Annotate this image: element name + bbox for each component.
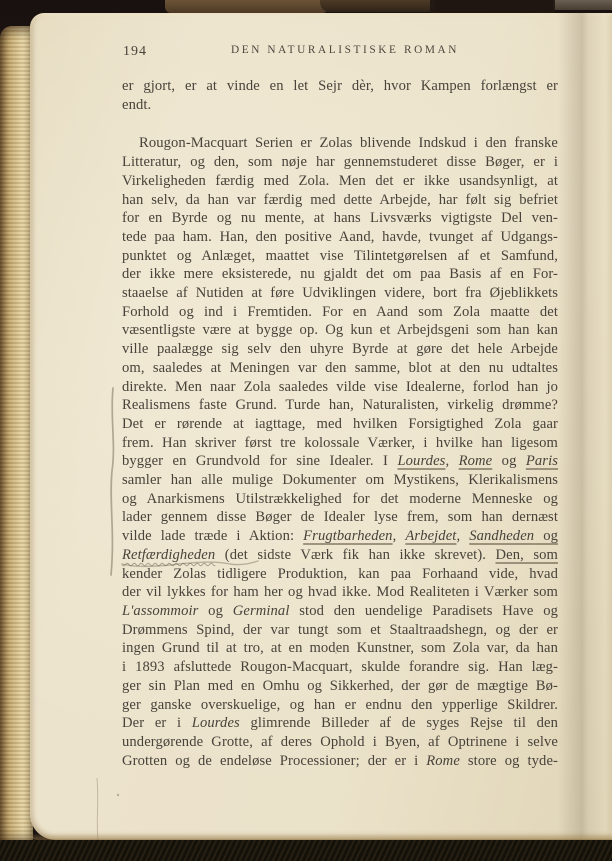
text-line: kender Zolas tidligere Produktion, kan p…: [122, 565, 558, 584]
book-title-text: Paris: [526, 453, 558, 469]
book-title-text: Rome: [459, 453, 493, 469]
book-title-text: Frugtbarheden: [303, 528, 392, 544]
text-line: staaelse af Nutiden at føre Udviklingen …: [122, 284, 558, 303]
book-title-text: Lourdes: [192, 715, 240, 731]
text-line: væsentligste være at bygge op. Og kun et…: [122, 321, 558, 340]
text-line: undergørende Grotte, af deres Ophold i B…: [122, 733, 558, 752]
pencil-margin-line: [111, 388, 113, 575]
book-title-text: Germinal: [233, 603, 290, 619]
text-segment: store og tyde-: [460, 753, 558, 769]
text-line: ville paalægge sig selv den uhyre Byrde …: [122, 340, 558, 359]
text-line: Virkeligheden færdig med Zola. Men det e…: [122, 172, 558, 191]
text-segment: ,: [393, 528, 406, 544]
text-line: bygger en Grundvold for sine Idealer. I …: [122, 452, 558, 471]
text-segment: for en Byrde og nu mente, at hans Livsvæ…: [122, 210, 558, 226]
text-segment: glimrende Billeder af de syges Rejse til…: [240, 715, 558, 731]
text-segment: i 1893 afsluttede Rougon-Macquart, skuld…: [122, 659, 558, 675]
binding-wear-patch: [320, 0, 435, 12]
text-segment: ,: [456, 528, 469, 544]
book-title-text: Arbejdet: [405, 528, 456, 544]
book-title-text: Retfærdigheden: [122, 547, 215, 563]
text-line: Realismens faste Grund. Turde han, Natur…: [122, 396, 558, 415]
paragraph: er gjort, er at vinde en let Sejr dèr, h…: [122, 77, 558, 114]
book-binding-bottom: [0, 840, 612, 861]
text-segment: væsentligste være at bygge op. Og kun et…: [122, 322, 558, 338]
book-page: 194 DEN NATURALISTISKE ROMAN er gjort, e…: [30, 13, 612, 840]
text-segment: kender Zolas tidligere Produktion, kan p…: [122, 566, 558, 582]
text-line: vilde lade træde i Aktion: Frugtbarheden…: [122, 527, 558, 546]
book-title-text: Sandheden: [469, 528, 534, 544]
text-line: Det er rørende at iagttage, med hvilken …: [122, 415, 558, 434]
text-line: og Anarkismens Utilstrækkelighed for det…: [122, 490, 558, 509]
text-segment: vilde lade træde i Aktion:: [122, 528, 303, 544]
text-segment: (det sidste Værk fik han ikke skrevet).: [215, 547, 495, 563]
text-line: tede paa ham. Han, den positive Aand, ha…: [122, 228, 558, 247]
text-segment: ger ganske overskuelige, og han er endnu…: [122, 697, 558, 713]
text-segment: og: [198, 603, 232, 619]
text-segment: staaelse af Nutiden at føre Udviklingen …: [122, 285, 558, 301]
text-line: Litteratur, og den, som nøje har gennems…: [122, 153, 558, 172]
body-text: er gjort, er at vinde en let Sejr dèr, h…: [122, 77, 558, 770]
binding-wear-patch: [553, 0, 612, 10]
text-segment: Den, som: [496, 547, 558, 563]
text-line: samler han alle mulige Dokumenter om Mys…: [122, 471, 558, 490]
text-line: Forhold og ind i Fremtiden. For en Aand …: [122, 303, 558, 322]
text-line: endt.: [122, 96, 558, 115]
text-segment: Forhold og ind i Fremtiden. For en Aand …: [122, 304, 558, 320]
text-segment: og: [492, 453, 526, 469]
text-segment: Det er rørende at iagttage, med hvilken …: [122, 416, 558, 432]
book-title-text: Rome: [426, 753, 460, 769]
text-segment: Realismens faste Grund. Turde han, Natur…: [122, 397, 558, 413]
text-line: direkte. Men naar Zola saaledes vilde vi…: [122, 378, 558, 397]
text-line: han selv, da han var færdig med dette Ar…: [122, 191, 558, 210]
paragraph: Rougon-Macquart Serien er Zolas blivende…: [122, 134, 558, 770]
text-segment: og: [534, 528, 558, 544]
text-line: frem. Han skriver først tre kolossale Væ…: [122, 434, 558, 453]
text-segment: er gjort, er at vinde en let Sejr dèr, h…: [122, 78, 558, 94]
text-line: ingen Grund til at tro, at en moden Kuns…: [122, 639, 558, 658]
text-segment: samler han alle mulige Dokumenter om Mys…: [122, 472, 558, 488]
text-segment: der ikke mere eksisterede, nu gjaldt det…: [122, 266, 558, 282]
text-segment: Grotten og de endeløse Processioner; der…: [122, 753, 426, 769]
text-line: der vil lykkes for ham her og hvad ikke.…: [122, 583, 558, 602]
text-segment: han selv, da han var færdig med dette Ar…: [122, 192, 558, 208]
text-segment: Virkeligheden færdig med Zola. Men det e…: [122, 173, 558, 189]
page-gutter-crease: [558, 13, 604, 840]
running-head: DEN NATURALISTISKE ROMAN: [122, 44, 558, 56]
text-segment: der vil lykkes for ham her og hvad ikke.…: [122, 584, 558, 600]
binding-wear-patch: [165, 0, 330, 13]
page-header: 194 DEN NATURALISTISKE ROMAN: [122, 44, 558, 60]
page-content: 194 DEN NATURALISTISKE ROMAN er gjort, e…: [122, 13, 558, 770]
paper-speck: [117, 794, 119, 796]
text-segment: undergørende Grotte, af deres Ophold i B…: [122, 734, 558, 750]
paper-crack: [97, 778, 98, 840]
text-line: Der er i Lourdes glimrende Billeder af d…: [122, 714, 558, 733]
text-line: om, saaledes at Meningen var den samme, …: [122, 359, 558, 378]
text-segment: bygger en Grundvold for sine Idealer. I: [122, 453, 397, 469]
text-segment: direkte. Men naar Zola saaledes vilde vi…: [122, 379, 558, 395]
text-line: ger ganske overskuelige, og han er endnu…: [122, 696, 558, 715]
text-line: lader gennem disse Bøger de Idealer lyse…: [122, 508, 558, 527]
text-segment: frem. Han skriver først tre kolossale Væ…: [122, 435, 558, 451]
text-line: for en Byrde og nu mente, at hans Livsvæ…: [122, 209, 558, 228]
page-number: 194: [123, 44, 147, 60]
text-line: Drømmens Spind, der var tungt som et Sta…: [122, 621, 558, 640]
text-segment: stod den uendelige Paradisets Have og: [290, 603, 559, 619]
text-segment: endt.: [122, 97, 151, 113]
text-segment: Rougon-Macquart Serien er Zolas blivende…: [139, 135, 558, 151]
text-line: ger sin Plan med en Omhu og Sikkerhed, d…: [122, 677, 558, 696]
book-title-text: Lourdes: [397, 453, 445, 469]
text-line: punktet og Anlæget, maattet vise Tilinte…: [122, 247, 558, 266]
text-segment: ville paalægge sig selv den uhyre Byrde …: [122, 341, 558, 357]
text-segment: Der er i: [122, 715, 192, 731]
text-segment: og Anarkismens Utilstrækkelighed for det…: [122, 491, 558, 507]
text-line: der ikke mere eksisterede, nu gjaldt det…: [122, 265, 558, 284]
book-title-text: L'assommoir: [122, 603, 198, 619]
text-segment: Drømmens Spind, der var tungt som et Sta…: [122, 622, 558, 638]
binding-shadow: [430, 0, 555, 14]
text-segment: ger sin Plan med en Omhu og Sikkerhed, d…: [122, 678, 558, 694]
text-segment: punktet og Anlæget, maattet vise Tilinte…: [122, 248, 558, 264]
text-line: i 1893 afsluttede Rougon-Macquart, skuld…: [122, 658, 558, 677]
text-segment: ingen Grund til at tro, at en moden Kuns…: [122, 640, 558, 656]
text-segment: lader gennem disse Bøger de Idealer lyse…: [122, 509, 558, 525]
text-segment: tede paa ham. Han, den positive Aand, ha…: [122, 229, 558, 245]
book-photo: 194 DEN NATURALISTISKE ROMAN er gjort, e…: [0, 0, 612, 861]
text-line: Retfærdigheden (det sidste Værk fik han …: [122, 546, 558, 565]
text-segment: ,: [445, 453, 458, 469]
page-edges-stack: [0, 26, 33, 846]
text-segment: Litteratur, og den, som nøje har gennems…: [122, 154, 558, 170]
text-line: Rougon-Macquart Serien er Zolas blivende…: [122, 134, 558, 153]
text-line: er gjort, er at vinde en let Sejr dèr, h…: [122, 77, 558, 96]
text-line: L'assommoir og Germinal stod den uendeli…: [122, 602, 558, 621]
text-segment: om, saaledes at Meningen var den samme, …: [122, 360, 558, 376]
text-line: Grotten og de endeløse Processioner; der…: [122, 752, 558, 771]
